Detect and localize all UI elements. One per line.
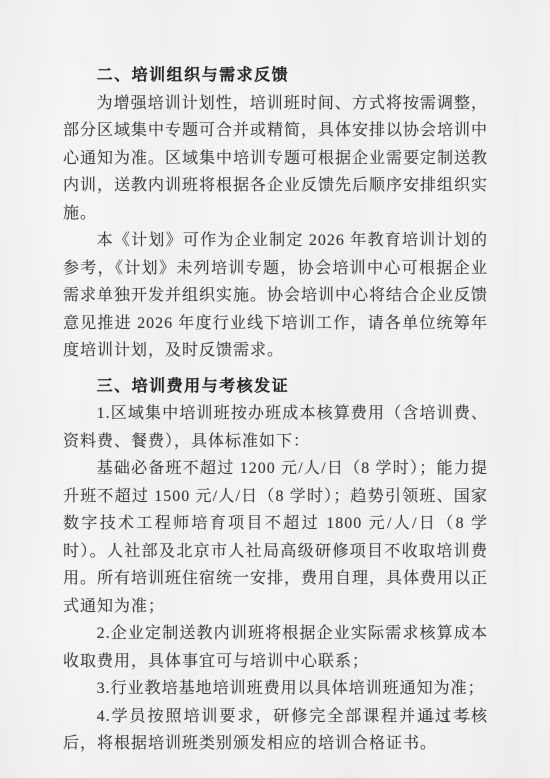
- section-heading-training-organization: 二、培训组织与需求反馈: [63, 62, 488, 90]
- paragraph: 3.行业教培基地培训班费用以具体培训班通知为准；: [63, 675, 488, 703]
- paragraph: 基础必备班不超过 1200 元/人/日（8 学时）；能力提升班不超过 1500 …: [63, 455, 488, 620]
- paragraph: 1.区域集中培训班按办班成本核算费用（含培训费、资料费、餐费），具体标准如下：: [63, 400, 488, 455]
- paragraph: 2.企业定制送教内训班将根据企业实际需求核算成本收取费用，具体事宜可与培训中心联…: [63, 620, 488, 675]
- document-body: 二、培训组织与需求反馈 为增强培训计划性，培训班时间、方式将按需调整，部分区域集…: [63, 62, 488, 758]
- section-heading-training-fees: 三、培训费用与考核发证: [63, 373, 488, 401]
- scanned-document-page: 二、培训组织与需求反馈 为增强培训计划性，培训班时间、方式将按需调整，部分区域集…: [0, 0, 550, 778]
- paragraph: 本《计划》可作为企业制定 2026 年教育培训计划的参考，《计划》未列培训专题，…: [63, 227, 488, 365]
- paragraph: 为增强培训计划性，培训班时间、方式将按需调整，部分区域集中专题可合并或精简，具体…: [63, 90, 488, 228]
- page-number: — 3 —: [420, 711, 472, 727]
